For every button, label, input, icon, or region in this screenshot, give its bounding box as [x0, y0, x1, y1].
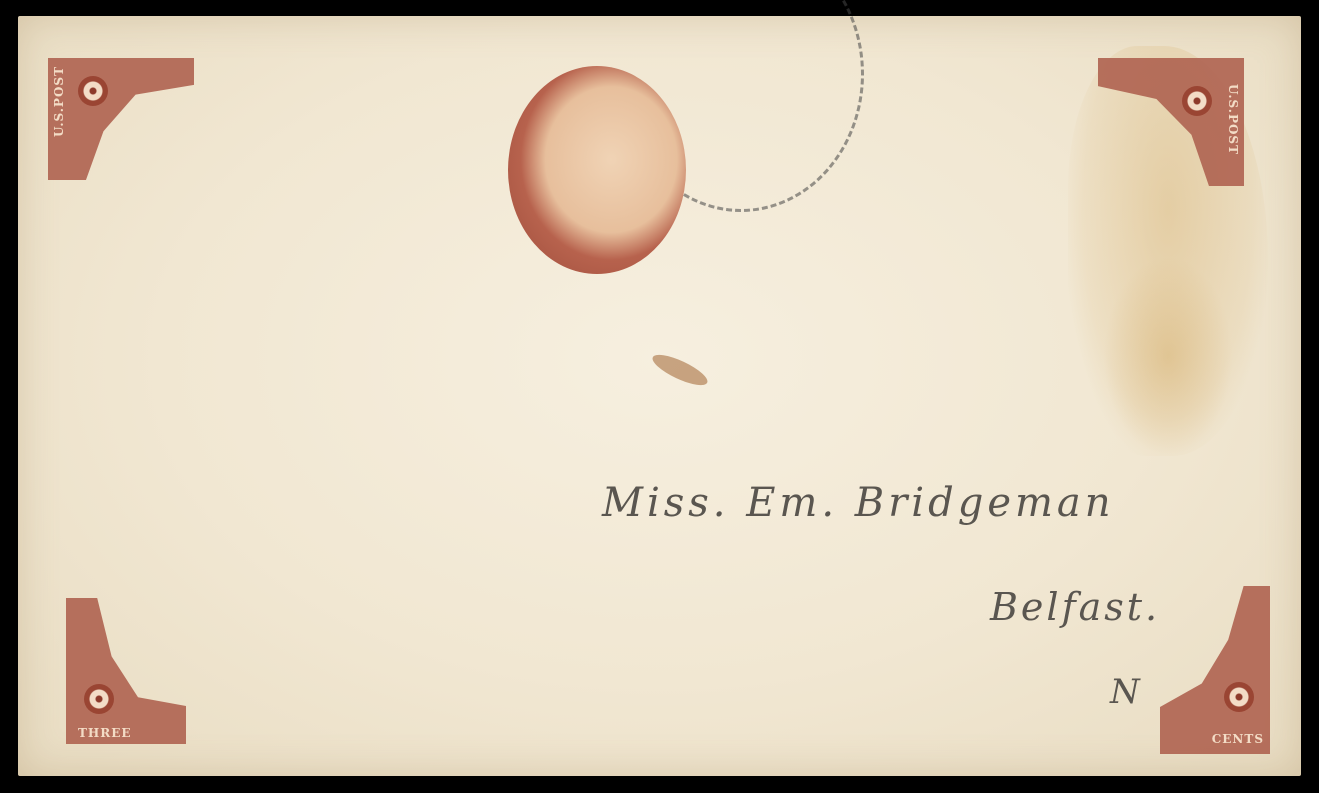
rosette-icon — [1224, 682, 1254, 712]
rosette-icon — [78, 76, 108, 106]
stamp-corner-bottom-right: CENTS — [1160, 586, 1270, 754]
ink-blot — [649, 349, 711, 391]
rosette-icon — [1182, 86, 1212, 116]
address-state: N — [1110, 672, 1140, 712]
stamp-corner-top-right: U.S.POST — [1098, 58, 1244, 186]
washington-portrait: Oval embossed/engraved profile portrait … — [508, 66, 686, 274]
stamp-corner-bottom-left: THREE — [66, 598, 186, 744]
stamp-corner-top-left: U.S.POST — [48, 58, 194, 180]
rosette-icon — [84, 684, 114, 714]
address-recipient: Miss. Em. Bridgeman — [602, 480, 1115, 526]
address-city: Belfast. — [990, 585, 1160, 629]
water-stain — [1103, 256, 1233, 456]
